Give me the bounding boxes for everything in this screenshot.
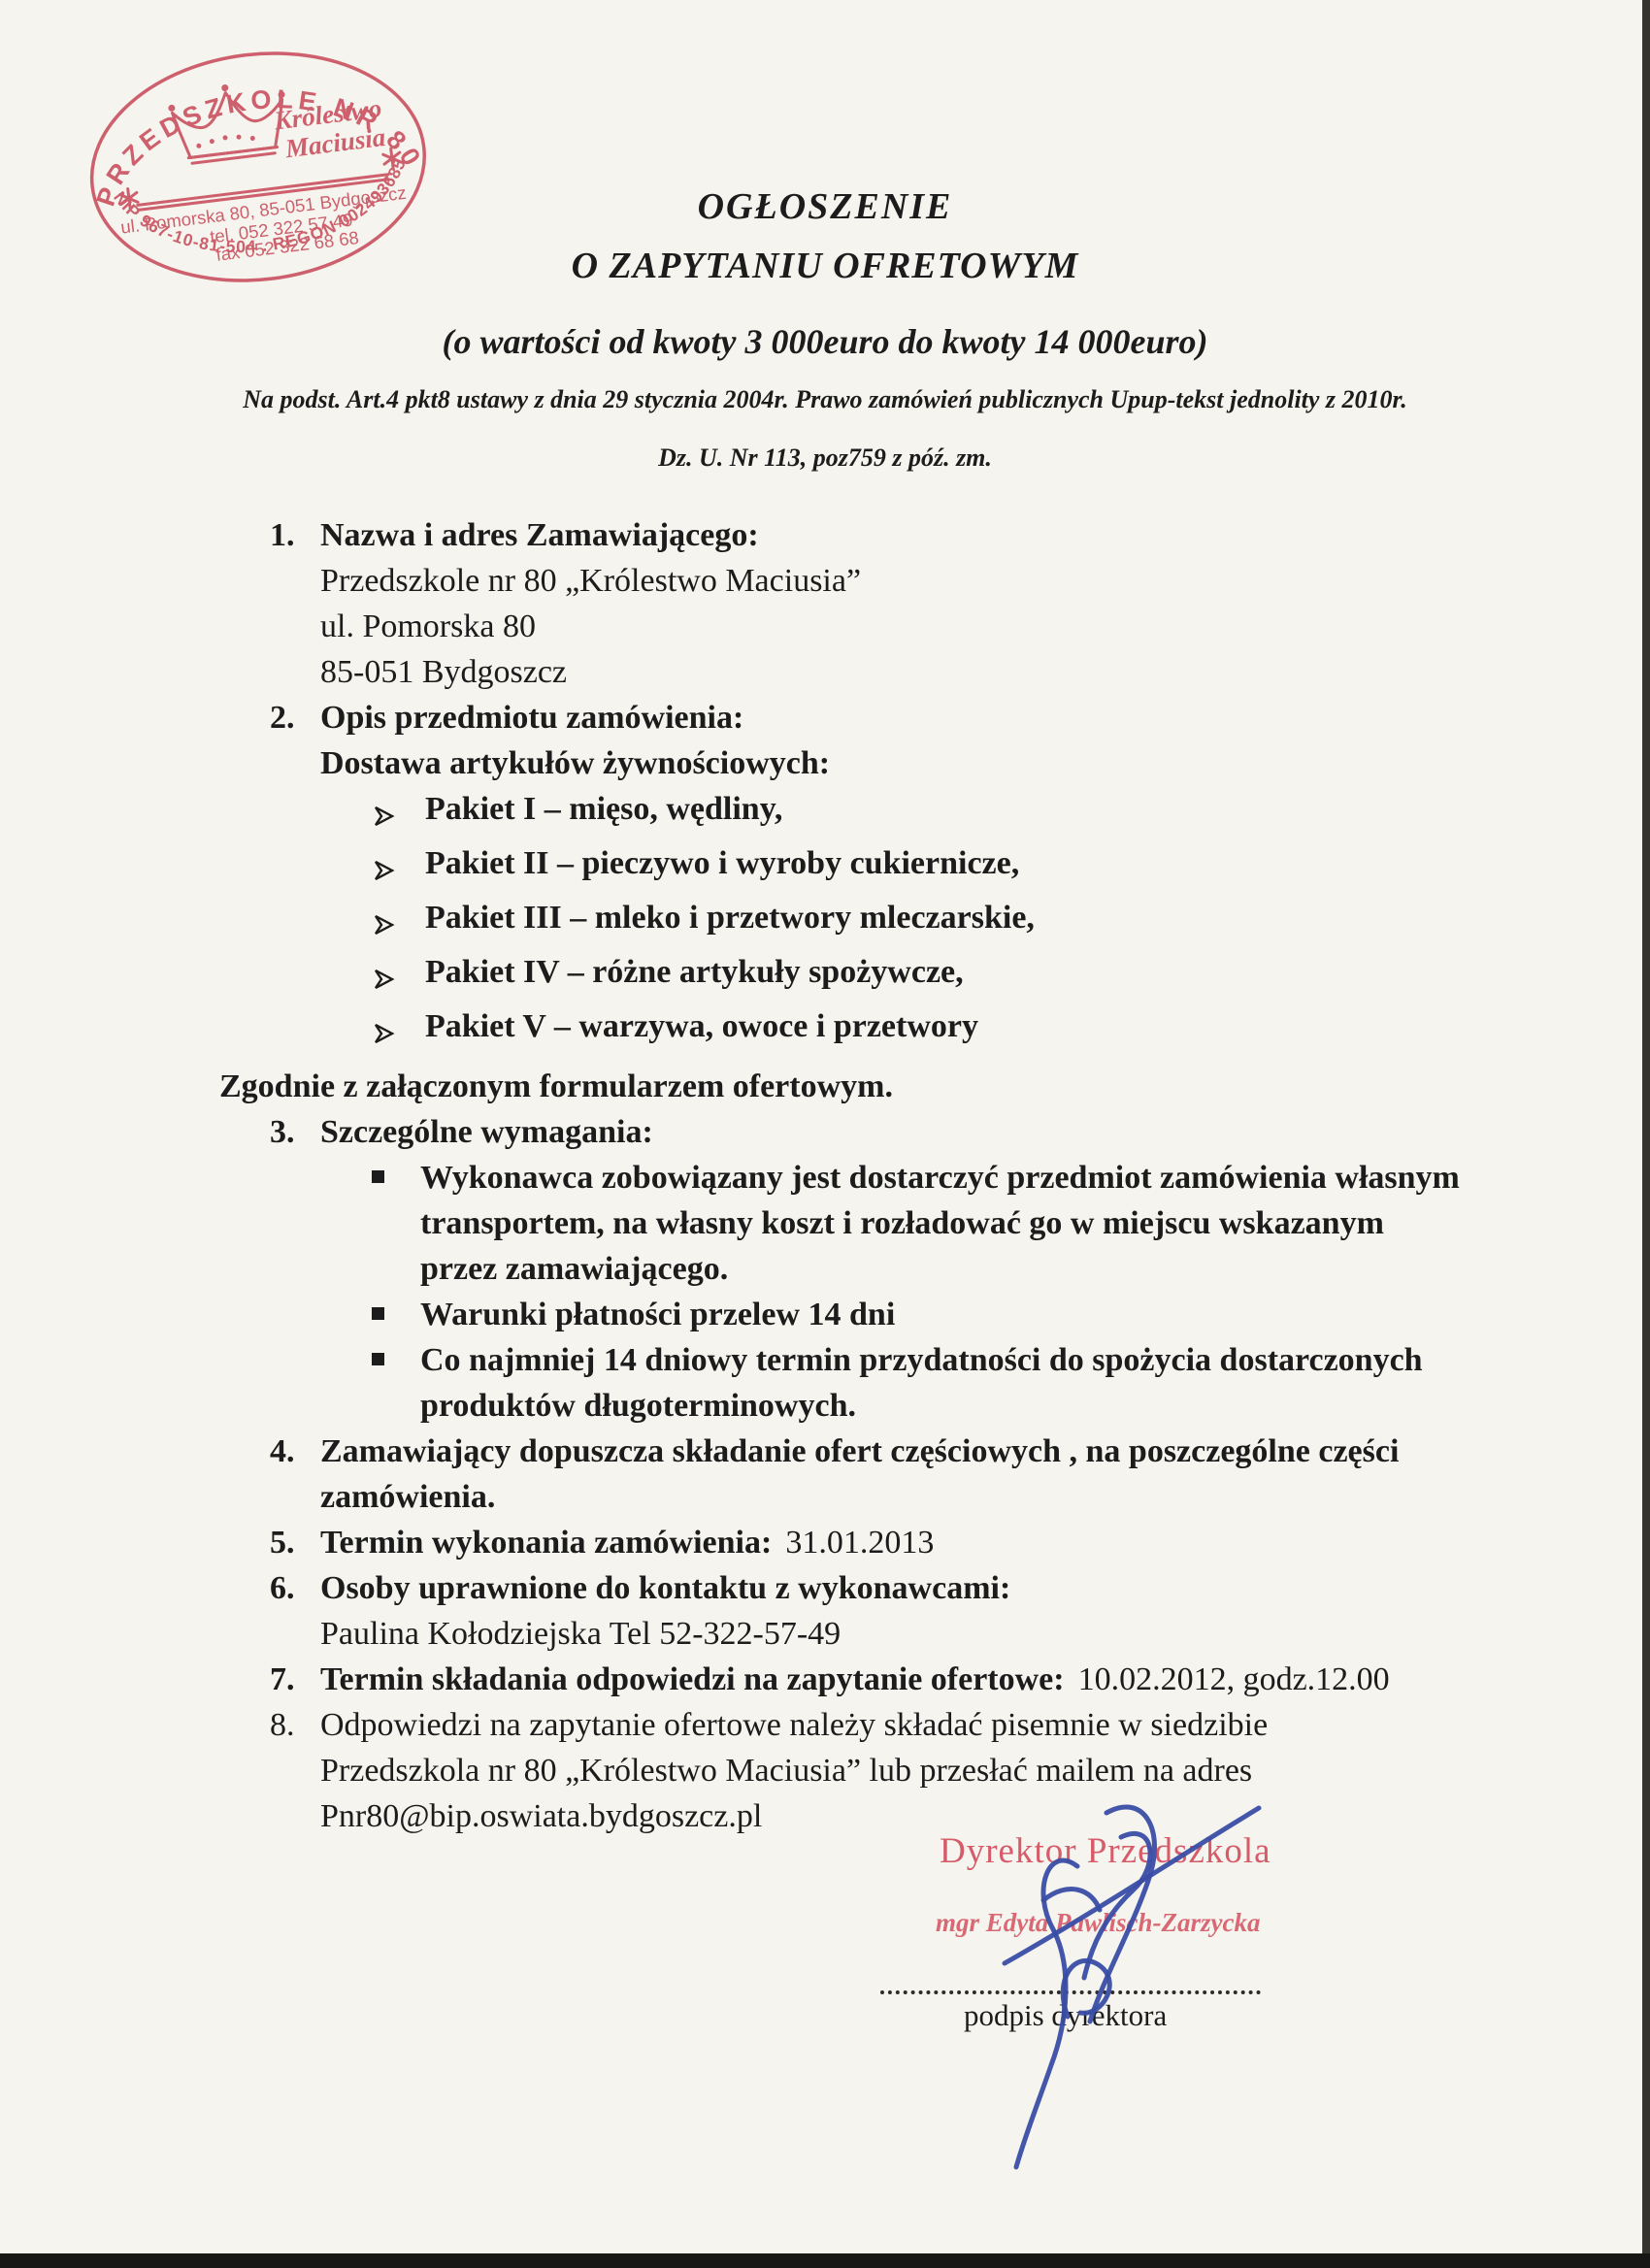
- package-label: Pakiet II – pieczywo i wyroby cukiernicz…: [425, 840, 1019, 895]
- handwritten-signature: [975, 1784, 1286, 2172]
- list-item-3: 3. Szczególne wymagania: Wykonawca zobow…: [270, 1109, 1541, 1429]
- list-item-7: 7. Termin składania odpowiedzi na zapyta…: [270, 1657, 1541, 1702]
- arrow-bullet-icon: [372, 786, 425, 840]
- arrow-bullet-icon: [372, 949, 425, 1003]
- value-range-line: (o wartości od kwoty 3 000euro do kwoty …: [0, 321, 1650, 362]
- square-bullet-icon: [372, 1292, 420, 1337]
- package-row: Pakiet III – mleko i przetwory mleczarsk…: [372, 895, 1541, 949]
- item3-heading: Szczególne wymagania:: [320, 1109, 1541, 1155]
- item4-line: zamówienia.: [320, 1474, 1541, 1520]
- list-item-2: 2. Opis przedmiotu zamówienia: Dostawa a…: [270, 695, 1541, 1058]
- item4-line: Zamawiający dopuszcza składanie ofert cz…: [320, 1429, 1541, 1474]
- item-number: 5.: [270, 1520, 320, 1565]
- package-label: Pakiet III – mleko i przetwory mleczarsk…: [425, 895, 1035, 949]
- requirement-line: produktów długoterminowych.: [420, 1383, 1541, 1429]
- package-row: Pakiet IV – różne artykuły spożywcze,: [372, 949, 1541, 1003]
- list-item-4: 4. Zamawiający dopuszcza składanie ofert…: [270, 1429, 1541, 1520]
- item1-line: 85-051 Bydgoszcz: [320, 649, 1541, 695]
- item1-line: Przedszkole nr 80 „Królestwo Maciusia”: [320, 558, 1541, 604]
- package-row: Pakiet V – warzywa, owoce i przetwory: [372, 1003, 1541, 1058]
- submission-deadline: 10.02.2012, godz.12.00: [1078, 1661, 1390, 1697]
- scanned-document-page: PRZEDSZKOLE NR 80 NIP 967-10-81-504 . RE…: [0, 0, 1650, 2268]
- list-item-5: 5. Termin wykonania zamówienia:31.01.201…: [270, 1520, 1541, 1565]
- arrow-bullet-icon: [372, 1003, 425, 1058]
- requirement-line: Warunki płatności przelew 14 dni: [420, 1292, 1541, 1337]
- package-label: Pakiet V – warzywa, owoce i przetwory: [425, 1003, 978, 1058]
- item-number: 8.: [270, 1702, 320, 1748]
- item-number: 2.: [270, 695, 320, 740]
- legal-basis-line: Na podst. Art.4 pkt8 ustawy z dnia 29 st…: [0, 385, 1650, 414]
- requirement-row: Co najmniej 14 dniowy termin przydatnośc…: [372, 1337, 1541, 1429]
- arrow-bullet-icon: [372, 895, 425, 949]
- package-row: Pakiet I – mięso, wędliny,: [372, 786, 1541, 840]
- arrow-bullet-icon: [372, 840, 425, 895]
- item6-heading: Osoby uprawnione do kontaktu z wykonawca…: [320, 1565, 1541, 1611]
- requirement-row: Warunki płatności przelew 14 dni: [372, 1292, 1541, 1337]
- document-subtitle: O ZAPYTANIU OFRETOWYM: [0, 245, 1650, 287]
- list-item-8: 8. Odpowiedzi na zapytanie ofertowe nale…: [270, 1702, 1541, 1839]
- item1-line: ul. Pomorska 80: [320, 604, 1541, 649]
- requirement-line: Co najmniej 14 dniowy termin przydatnośc…: [420, 1337, 1541, 1383]
- package-row: Pakiet II – pieczywo i wyroby cukiernicz…: [372, 840, 1541, 895]
- contact-person: Paulina Kołodziejska Tel 52-322-57-49: [320, 1611, 1541, 1657]
- item-number: 1.: [270, 512, 320, 558]
- package-label: Pakiet IV – różne artykuły spożywcze,: [425, 949, 964, 1003]
- requirement-line: Wykonawca zobowiązany jest dostarczyć pr…: [420, 1155, 1541, 1200]
- journal-reference-line: Dz. U. Nr 113, poz759 z póź. zm.: [0, 444, 1650, 473]
- package-label: Pakiet I – mięso, wędliny,: [425, 786, 782, 840]
- item-number: 6.: [270, 1565, 320, 1611]
- scan-edge-right: [1642, 0, 1650, 2268]
- square-bullet-icon: [372, 1155, 420, 1292]
- scan-edge-bottom: [0, 2253, 1650, 2268]
- item5-heading: Termin wykonania zamówienia:: [320, 1525, 772, 1561]
- item7-heading: Termin składania odpowiedzi na zapytanie…: [320, 1661, 1065, 1697]
- attachment-note: Zgodnie z załączonym formularzem ofertow…: [219, 1064, 1541, 1109]
- item8-line: Odpowiedzi na zapytanie ofertowe należy …: [320, 1702, 1541, 1748]
- item-number: 7.: [270, 1657, 320, 1702]
- list-item-6: 6. Osoby uprawnione do kontaktu z wykona…: [270, 1565, 1541, 1657]
- item8-line: Przedszkola nr 80 „Królestwo Maciusia” l…: [320, 1748, 1541, 1793]
- item2-heading: Opis przedmiotu zamówienia:: [320, 695, 1541, 740]
- requirement-row: Wykonawca zobowiązany jest dostarczyć pr…: [372, 1155, 1541, 1292]
- list-item-1: 1. Nazwa i adres Zamawiającego: Przedszk…: [270, 512, 1541, 695]
- completion-date: 31.01.2013: [785, 1525, 934, 1561]
- document-body-list: 1. Nazwa i adres Zamawiającego: Przedszk…: [270, 512, 1541, 1839]
- contact-email: Pnr80@bip.oswiata.bydgoszcz.pl: [320, 1793, 1541, 1839]
- item-number: 3.: [270, 1109, 320, 1155]
- document-title: OGŁOSZENIE: [0, 185, 1650, 228]
- requirement-line: transportem, na własny koszt i rozładowa…: [420, 1200, 1541, 1246]
- square-bullet-icon: [372, 1337, 420, 1429]
- item2-subheading: Dostawa artykułów żywnościowych:: [320, 740, 1541, 786]
- requirement-line: przez zamawiającego.: [420, 1246, 1541, 1292]
- item-number: 4.: [270, 1429, 320, 1474]
- item1-heading: Nazwa i adres Zamawiającego:: [320, 512, 1541, 558]
